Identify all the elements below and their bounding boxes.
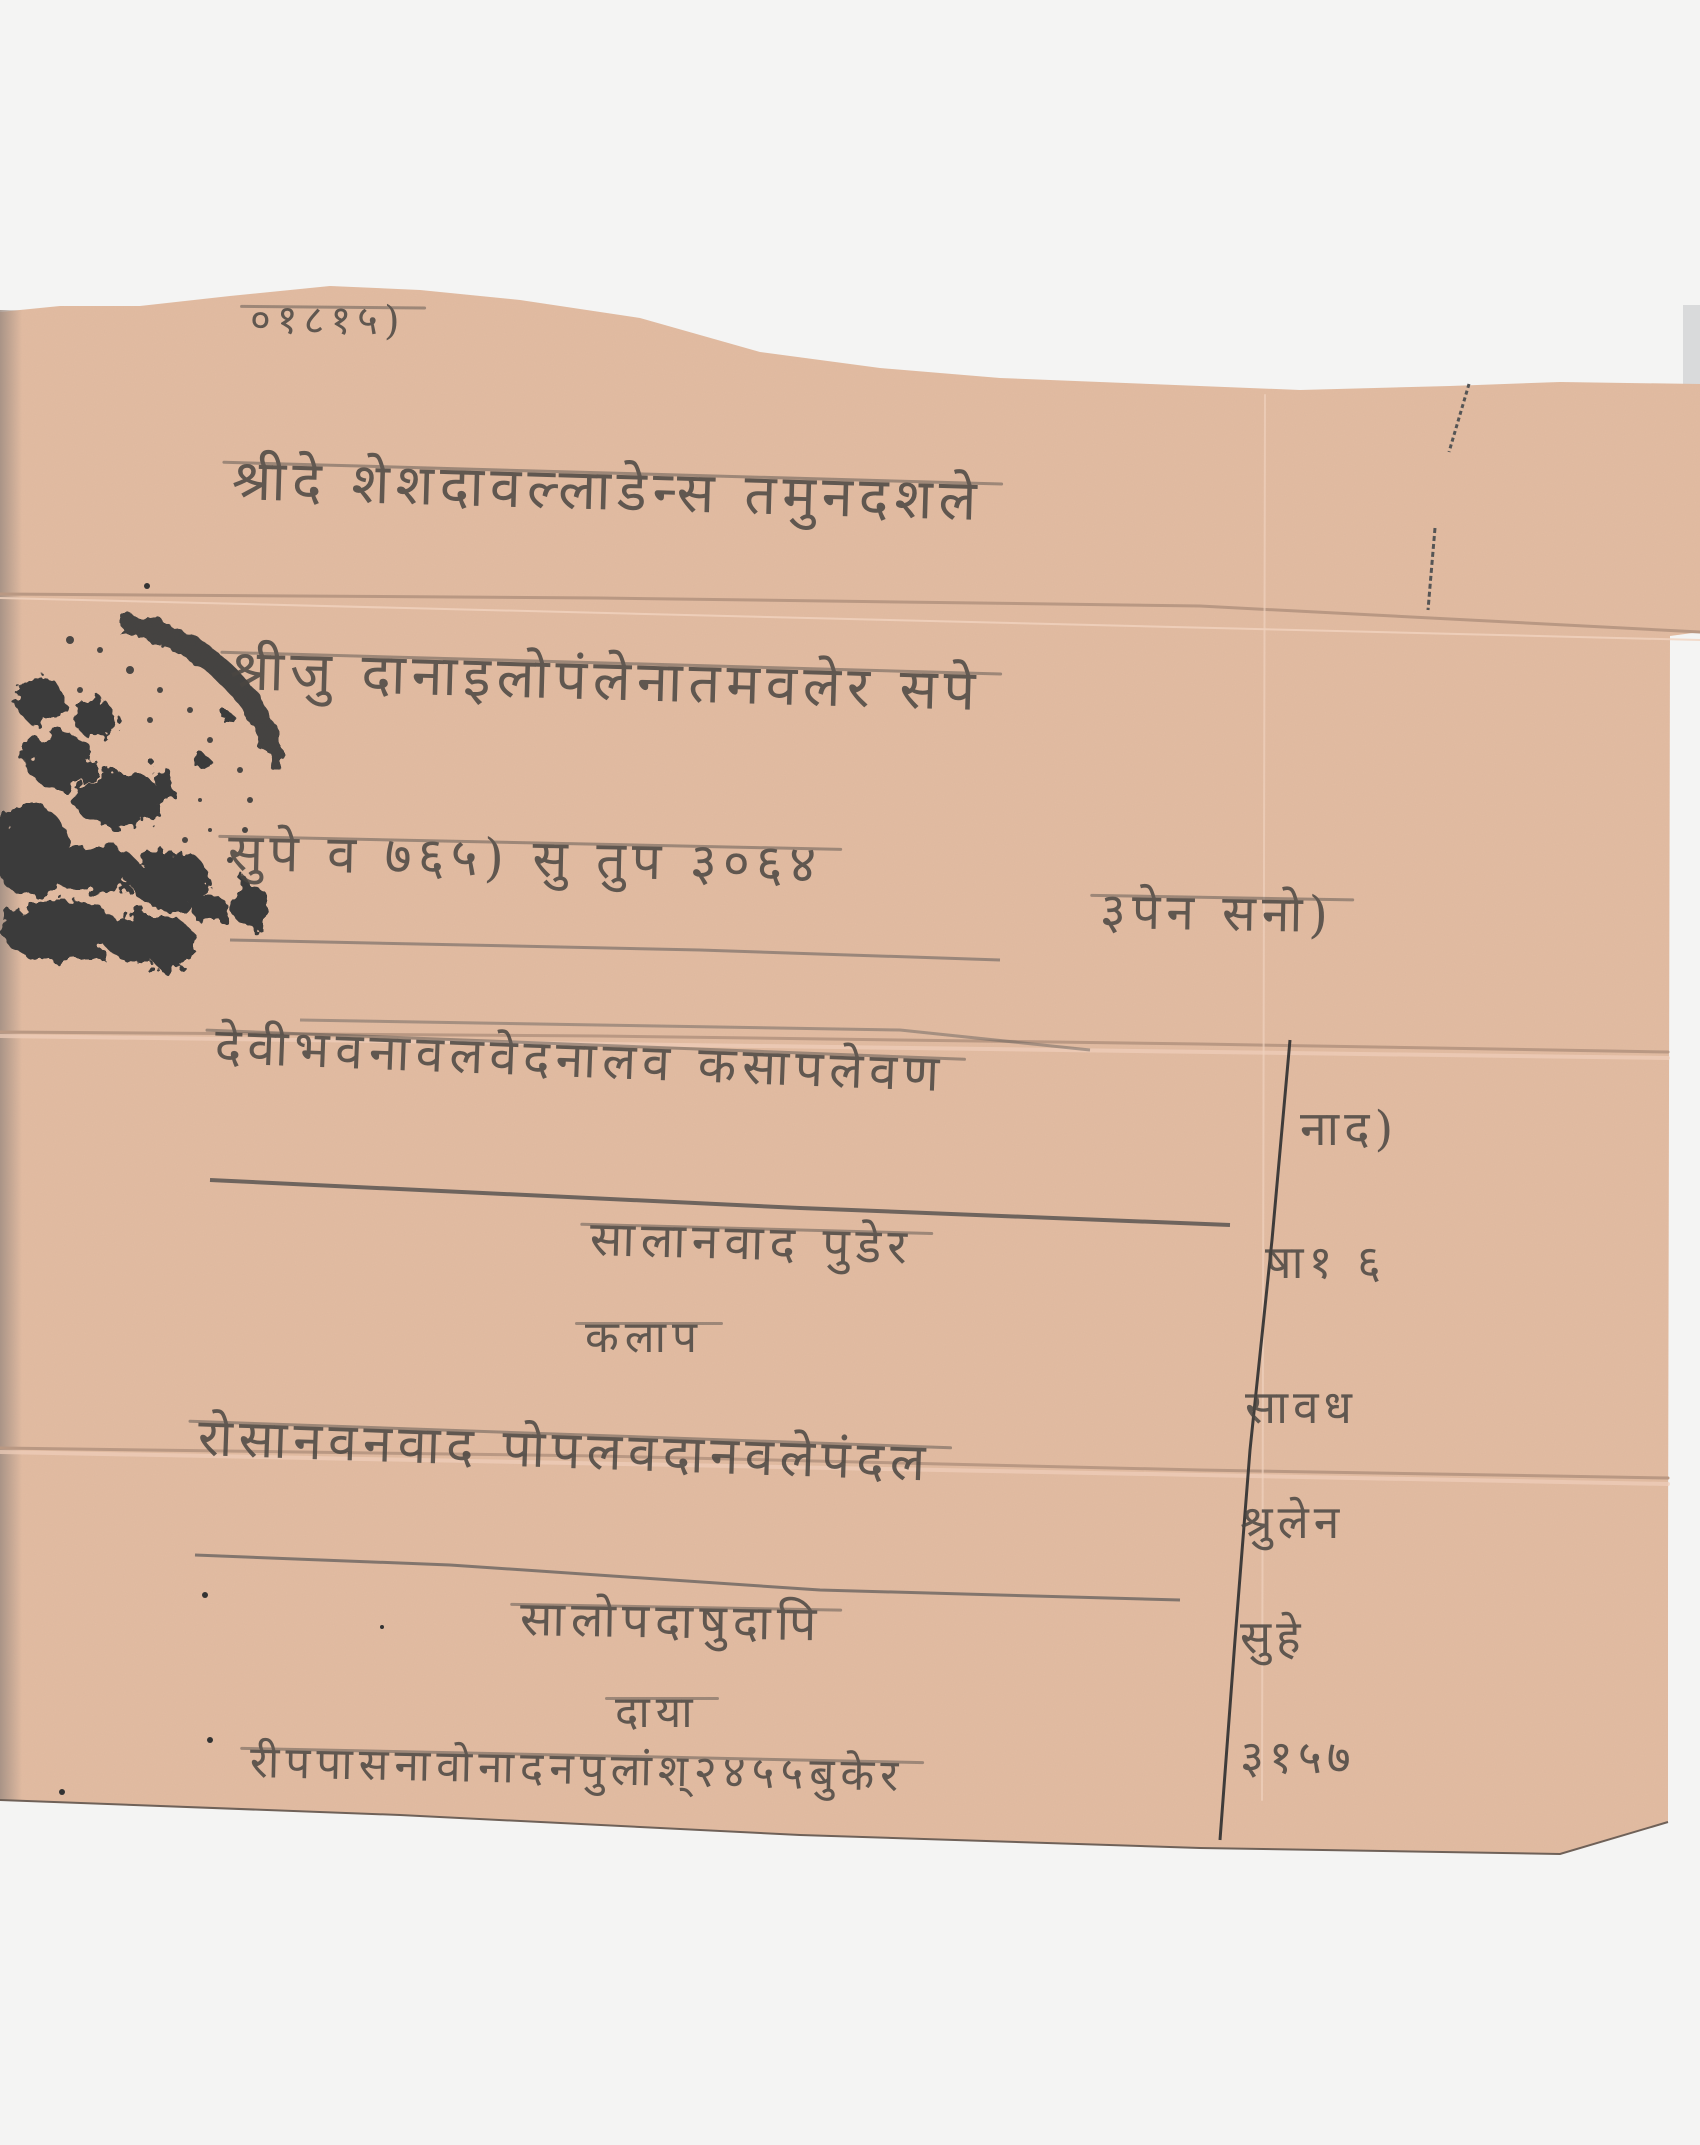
manuscript-line: दाया: [615, 1680, 699, 1740]
manuscript-line: सालोपदाषुदापि: [519, 1585, 822, 1655]
column-entry: नाद): [1300, 1095, 1398, 1160]
column-entry: षा१ ६: [1265, 1230, 1386, 1292]
manuscript-line: कलाप: [585, 1305, 703, 1365]
manuscript-line: ३पेन सनो): [1099, 875, 1334, 947]
manuscript-line: सालानवाद पुडेर: [589, 1205, 914, 1278]
manuscript-line: सुपे व ७६५) सु तुप ३०६४: [227, 815, 823, 898]
column-entry: श्रुलेन: [1240, 1490, 1344, 1552]
column-entry: ३१५७: [1240, 1725, 1356, 1787]
column-entry: सावध: [1245, 1375, 1357, 1437]
scanner-tab: [1683, 305, 1700, 385]
header-fragment: ०१८१५): [250, 290, 406, 346]
column-entry: सुहे: [1240, 1605, 1306, 1667]
